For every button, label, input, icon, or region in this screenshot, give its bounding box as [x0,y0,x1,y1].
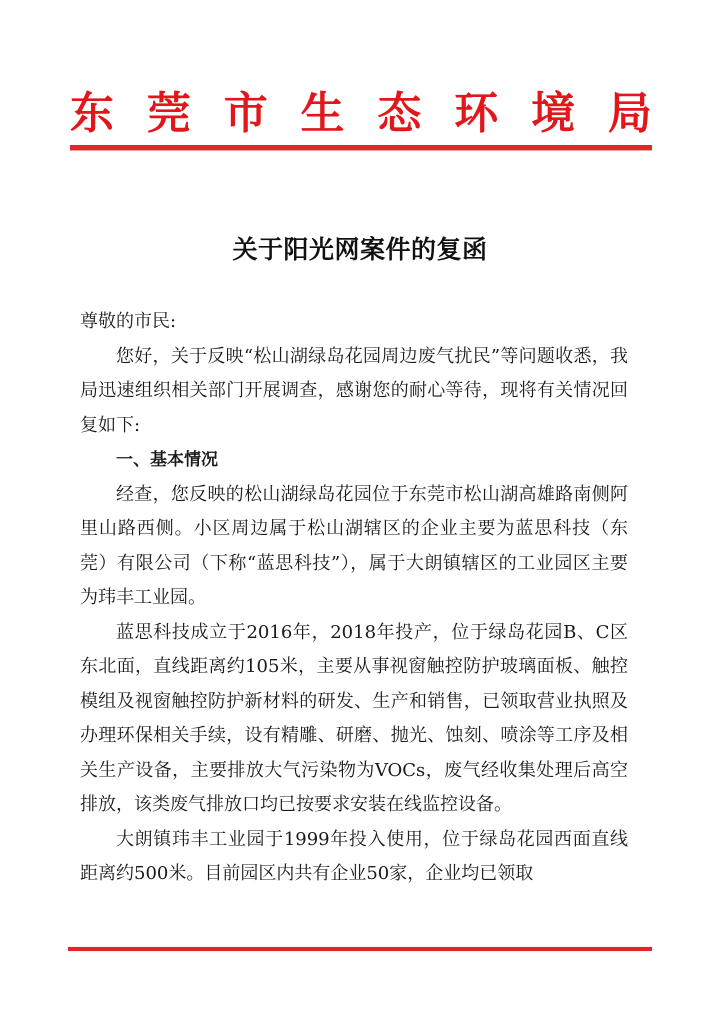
paragraph-weifeng-industrial-park: 大朗镇玮丰工业园于1999年投入使用，位于绿岛花园西面直线距离约500米。目前园… [80,823,628,892]
masthead-char: 市 [224,88,268,140]
masthead-char: 环 [454,88,498,140]
header-red-rule [70,145,652,151]
paragraph-location: 经查，您反映的松山湖绿岛花园位于东莞市松山湖高雄路南侧阿里山路西侧。小区周边属于… [80,478,628,616]
masthead-char: 生 [301,88,345,140]
footer-red-rule [68,947,652,951]
paragraph-lens-technology: 蓝思科技成立于2016年，2018年投产，位于绿岛花园B、C区东北面，直线距离约… [80,616,628,823]
masthead-char: 境 [531,88,575,140]
masthead-char: 莞 [147,88,191,140]
document-body: 尊敬的市民: 您好，关于反映“松山湖绿岛花园周边废气扰民”等问题收悉，我局迅速组… [80,305,628,892]
document-title: 关于阳光网案件的复函 [0,230,720,266]
paragraph-intro: 您好，关于反映“松山湖绿岛花园周边废气扰民”等问题收悉，我局迅速组织相关部门开展… [80,340,628,444]
salutation: 尊敬的市民: [80,305,628,340]
issuing-authority-masthead: 东 莞 市 生 态 环 境 局 [70,88,652,140]
masthead-char: 东 [70,88,114,140]
masthead-char: 态 [377,88,421,140]
section-heading-basic-situation: 一、基本情况 [80,443,628,478]
masthead-char: 局 [608,88,652,140]
